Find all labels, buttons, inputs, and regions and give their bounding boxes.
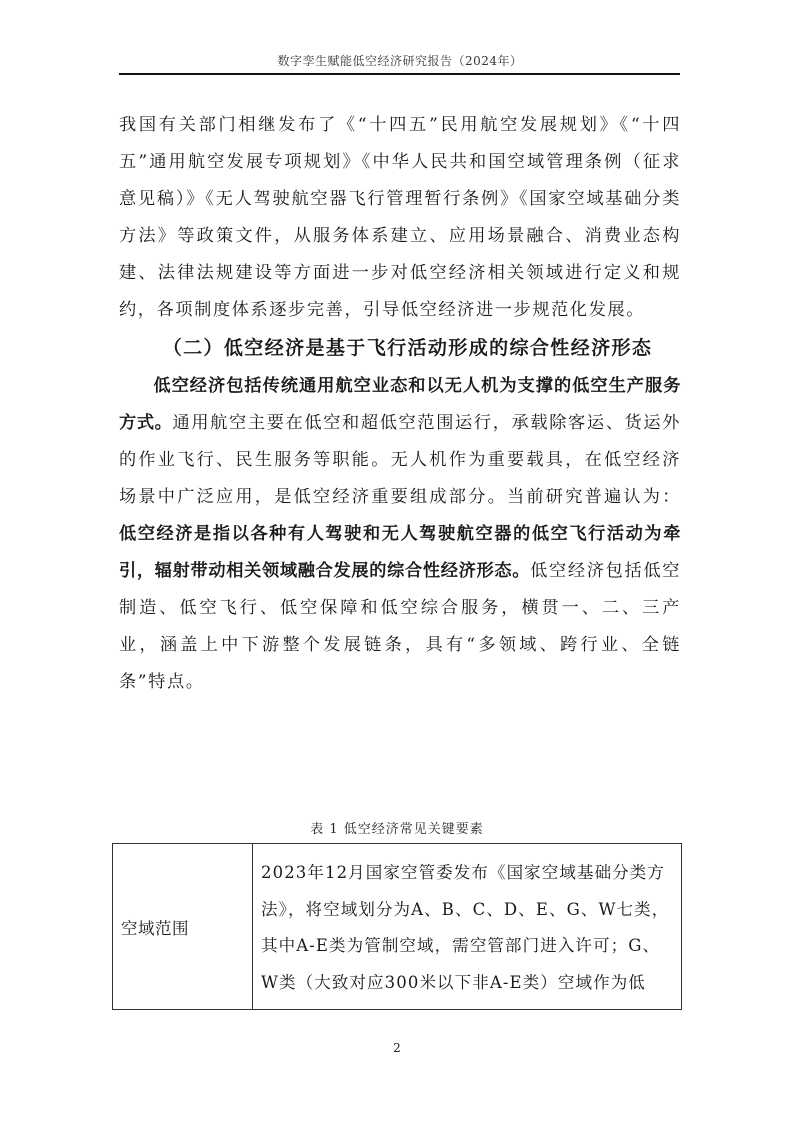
header-rule xyxy=(119,73,680,75)
paragraph-definition: 低空经济包括传统通用航空业态和以无人机为支撑的低空生产服务方式。通用航空主要在低… xyxy=(119,368,681,700)
running-header: 数字孪生赋能低空经济研究报告（2024年） xyxy=(120,52,680,69)
key-elements-table: 空域范围 2023年12月国家空管委发布《国家空域基础分类方法》，将空域划分为A… xyxy=(112,843,682,1010)
paragraph-text-1: 通用航空主要在低空和超低空范围运行，承载除客运、货运外的作业飞行、民生服务等职能… xyxy=(119,413,681,507)
table-caption: 表 1 低空经济常见关键要素 xyxy=(112,818,682,837)
table-row: 空域范围 2023年12月国家空管委发布《国家空域基础分类方法》，将空域划分为A… xyxy=(113,844,682,1010)
document-body: 我国有关部门相继发布了《“十四五”民用航空发展规划》《“十四五”通用航空发展专项… xyxy=(119,107,681,701)
table-row-content: 2023年12月国家空管委发布《国家空域基础分类方法》，将空域划分为A、B、C、… xyxy=(253,844,682,1010)
section-heading: （二）低空经济是基于飞行活动形成的综合性经济形态 xyxy=(119,328,681,368)
paragraph-policy-documents: 我国有关部门相继发布了《“十四五”民用航空发展规划》《“十四五”通用航空发展专项… xyxy=(119,107,681,328)
page-number: 2 xyxy=(387,1041,407,1055)
table-row-label: 空域范围 xyxy=(113,844,253,1010)
